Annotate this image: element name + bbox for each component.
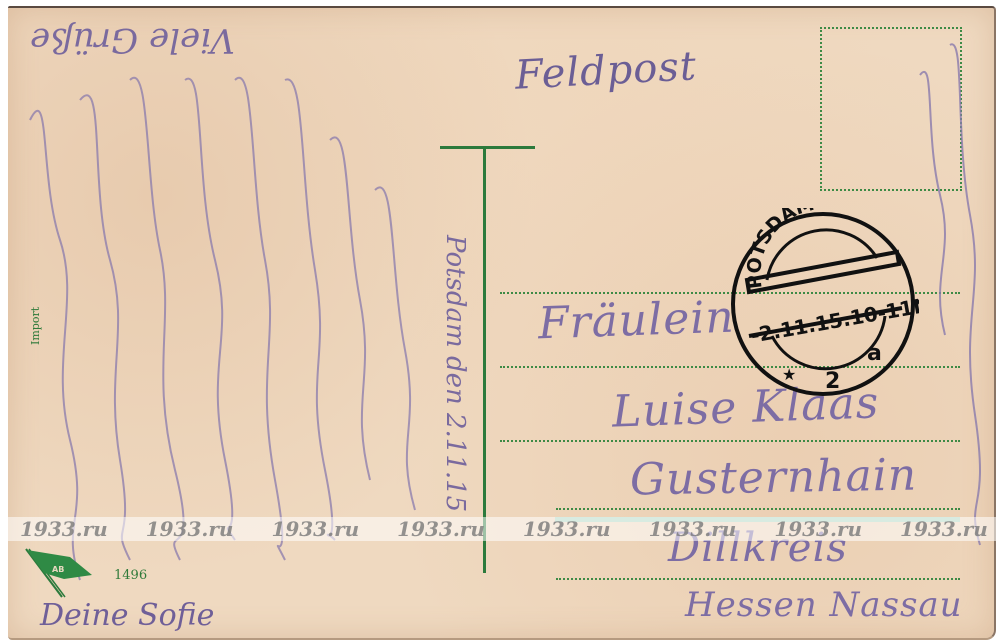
divider-top-bar	[440, 146, 535, 149]
feldpost-heading: Feldpost	[514, 43, 698, 98]
address-line-5: Hessen Nassau	[685, 585, 963, 625]
postmark-star: ★	[782, 365, 796, 384]
sender-place-date: Potsdam den 2.11.15	[440, 235, 470, 512]
flag-initials: AB	[52, 565, 64, 574]
watermark-text: 1933.ru	[20, 517, 108, 541]
divider-vertical-line	[483, 148, 486, 573]
publisher-flag-icon: AB	[22, 545, 102, 600]
handwriting-message	[10, 40, 430, 600]
address-rule-3	[500, 440, 960, 442]
postmark-suffix: a	[867, 341, 882, 366]
postmark-date: -2.11.15.10-11N	[749, 292, 919, 347]
catalog-number: 1496	[114, 568, 147, 583]
signature: Deine Sofie	[40, 598, 214, 633]
address-line-3: Gusternhain	[630, 449, 918, 505]
watermark-strip: 1933.ru 1933.ru 1933.ru 1933.ru 1933.ru …	[0, 517, 1000, 541]
watermark-text: 1933.ru	[271, 517, 359, 541]
watermark-text: 1933.ru	[649, 517, 737, 541]
import-label: Import	[29, 307, 42, 345]
postmark: POTSDAM -2.11.15.10-11N ★ 2 a	[727, 208, 919, 400]
address-rule-5	[556, 578, 960, 580]
watermark-text: 1933.ru	[900, 517, 988, 541]
postmark-city: POTSDAM	[743, 208, 817, 290]
postmark-office-number: 2	[825, 369, 840, 394]
watermark-text: 1933.ru	[146, 517, 234, 541]
watermark-text: 1933.ru	[774, 517, 862, 541]
watermark-text: 1933.ru	[397, 517, 485, 541]
address-line-1: Fräulein	[537, 292, 735, 350]
svg-text:POTSDAM: POTSDAM	[743, 208, 817, 290]
watermark-text: 1933.ru	[523, 517, 611, 541]
